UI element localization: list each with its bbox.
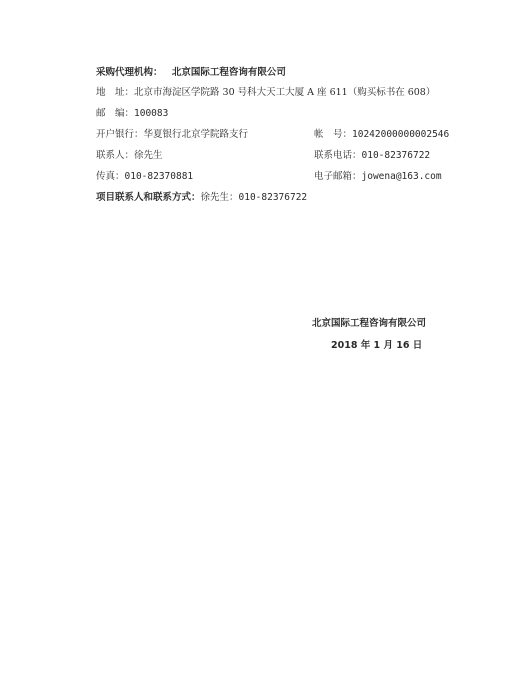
address-label: 地 址： xyxy=(96,87,134,98)
signature-company: 北京国际工程咨询有限公司 xyxy=(312,318,426,330)
contact-label: 联系人： xyxy=(96,150,134,161)
email-value: jowena@163.com xyxy=(362,171,442,182)
email-row: 电子邮箱：jowena@163.com xyxy=(314,171,442,183)
project-contact-row: 项目联系人和联系方式：徐先生：010-82376722 xyxy=(96,192,307,204)
phone-value: 010-82376722 xyxy=(362,150,431,161)
postcode-label: 邮 编： xyxy=(96,108,134,119)
signature-date: 2018 年 1 月 16 日 xyxy=(331,340,422,352)
agency-label: 采购代理机构： xyxy=(96,67,163,78)
agency-row: 采购代理机构： 北京国际工程咨询有限公司 xyxy=(96,67,286,79)
agency-name: 北京国际工程咨询有限公司 xyxy=(172,67,286,78)
phone-row: 联系电话：010-82376722 xyxy=(314,150,430,162)
fax-row: 传真：010-82370881 xyxy=(96,171,193,183)
postcode-row: 邮 编：100083 xyxy=(96,108,168,120)
address-value: 北京市海淀区学院路 30 号科大天工大厦 A 座 611（购买标书在 608） xyxy=(134,87,435,98)
phone-label: 联系电话： xyxy=(314,150,362,161)
bank-row: 开户银行：华夏银行北京学院路支行 xyxy=(96,129,248,141)
contact-value: 徐先生 xyxy=(134,150,163,161)
fax-value: 010-82370881 xyxy=(125,171,194,182)
document-page: 采购代理机构： 北京国际工程咨询有限公司 地 址：北京市海淀区学院路 30 号科… xyxy=(0,0,526,700)
fax-label: 传真： xyxy=(96,171,125,182)
email-label: 电子邮箱： xyxy=(314,171,362,182)
account-value: 10242000000002546 xyxy=(352,129,449,140)
contact-row: 联系人：徐先生 xyxy=(96,150,163,162)
address-row: 地 址：北京市海淀区学院路 30 号科大天工大厦 A 座 611（购买标书在 6… xyxy=(96,87,435,99)
account-label: 帐 号： xyxy=(314,129,352,140)
bank-label: 开户银行： xyxy=(96,129,144,140)
project-contact-label: 项目联系人和联系方式： xyxy=(96,192,201,203)
account-row: 帐 号：10242000000002546 xyxy=(314,129,449,141)
bank-value: 华夏银行北京学院路支行 xyxy=(144,129,249,140)
postcode-value: 100083 xyxy=(134,108,168,119)
project-contact-value: 徐先生：010-82376722 xyxy=(201,192,308,203)
